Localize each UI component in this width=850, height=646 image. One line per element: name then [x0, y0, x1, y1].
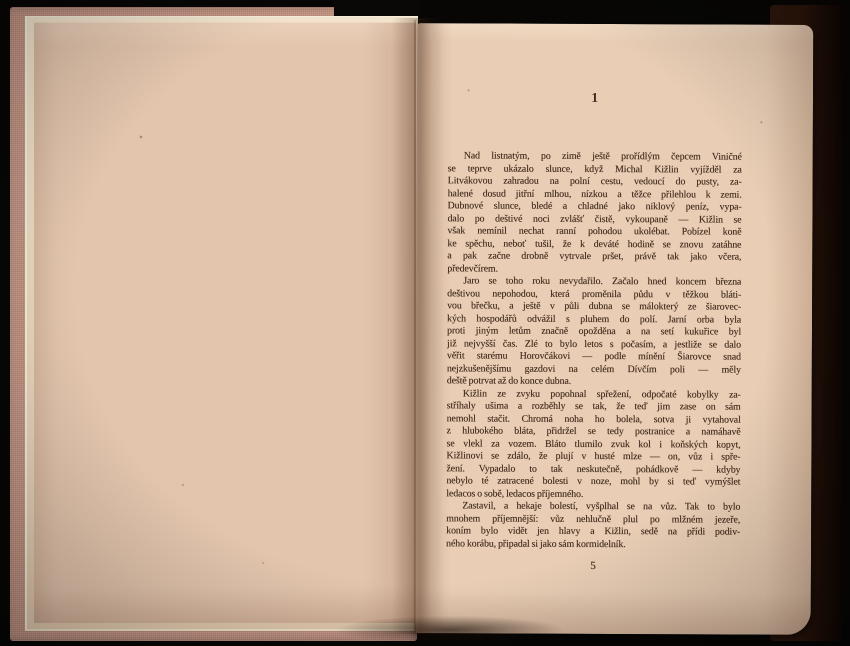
paragraph: Kižlin ze zvyku popohnal spřežení, odpoč…	[446, 388, 740, 502]
text-line: věřit starému Horovčákovi — podle mínění…	[447, 350, 741, 364]
paragraph: Nad listnatým, po zimě ještě prořídlým č…	[447, 150, 742, 276]
text-line: Zastavil, a hekaje bolestí, vyšplhal se …	[446, 500, 740, 514]
text-line: stříhaly ušima a rozběhly se tak, že teď…	[447, 400, 741, 414]
text-line: Dubnové slunce, bledé a chladné jako nik…	[448, 200, 742, 214]
text-line: Kižlinovi se zdálo, že plují v husté mlz…	[446, 450, 740, 464]
text-line: z hlubokého bláta, přidržel se tedy post…	[447, 425, 741, 439]
page-number: 5	[446, 559, 740, 572]
text-line: Litvákovou zahradou na polní cestu, vedo…	[448, 175, 742, 189]
text-line: vou břečku, a ještě v půli dubna se málo…	[447, 300, 741, 314]
text-line: deště potrvat až do konce dubna.	[447, 375, 741, 389]
blank-left-page	[34, 22, 416, 623]
text-line: koním bylo vidět jen hlavy a Kižlin, sed…	[446, 525, 740, 539]
paragraph: Zastavil, a hekaje bolestí, vyšplhal se …	[446, 500, 740, 551]
paragraph: Jaro se toho roku nevydařilo. Začalo hne…	[447, 275, 741, 389]
text-line: nebylo té zatracené bolesti v noze, mohl…	[446, 475, 740, 489]
text-line: ného korábu, připadal si jako sám kormid…	[446, 538, 740, 552]
chapter-number: 1	[448, 89, 742, 106]
text-line: proti jiným letům značně opožděna a na s…	[447, 325, 741, 339]
text-block: Nad listnatým, po zimě ještě prořídlým č…	[446, 150, 742, 551]
text-line: Nad listnatým, po zimě ještě prořídlým č…	[448, 150, 742, 164]
open-book-photo: 1 Nad listnatým, po zimě ještě prořídlým…	[0, 0, 850, 646]
text-line: a pak začne drobně vytrvale pršet, právě…	[447, 250, 741, 264]
right-page: 1 Nad listnatým, po zimě ještě prořídlým…	[415, 23, 814, 635]
text-line: však nemínil nechat ranní pohodou ukoléb…	[447, 225, 741, 239]
text-line: Jaro se toho roku nevydařilo. Začalo hne…	[447, 275, 741, 289]
